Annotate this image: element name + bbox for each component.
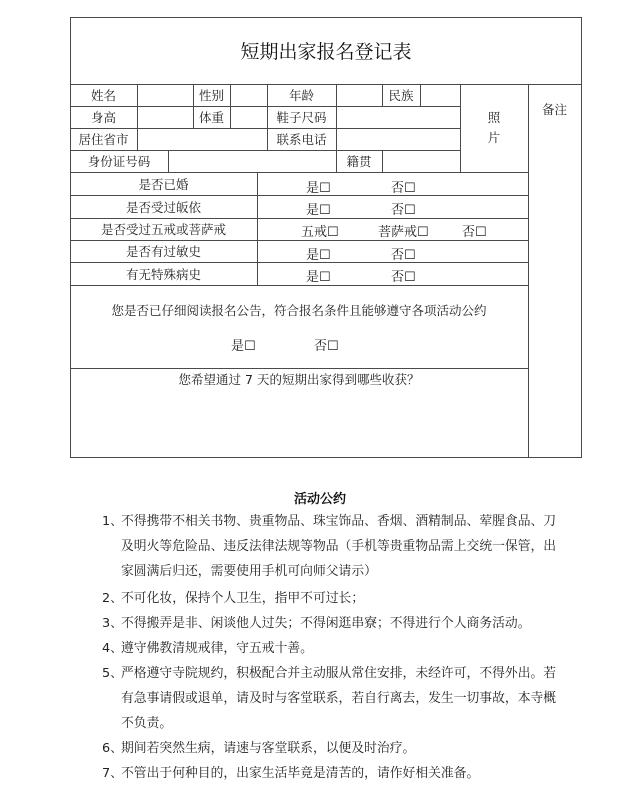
option-medical-no[interactable]: 否☐	[391, 266, 416, 285]
label-city: 居住省市	[70, 128, 137, 150]
option-medical-yes[interactable]: 是☐	[306, 266, 331, 285]
label-name: 姓名	[70, 84, 137, 106]
form-title: 短期出家报名登记表	[70, 17, 582, 84]
ethnicity-field[interactable]	[420, 84, 460, 106]
option-married-yes[interactable]: 是☐	[306, 177, 331, 196]
rule-item-5: 5、严格遵守寺院规约，积极配合并主动服从常住安排，未经许可，不得外出。若 有急事…	[102, 661, 556, 736]
option-bodhisattva-precepts[interactable]: 菩萨戒☐	[378, 221, 429, 240]
weight-field[interactable]	[230, 106, 267, 128]
hometown-field[interactable]	[382, 150, 460, 172]
label-remarks: 备注	[528, 100, 581, 118]
divider	[70, 285, 528, 286]
height-field[interactable]	[137, 106, 193, 128]
option-allergy-yes[interactable]: 是☐	[306, 244, 331, 263]
age-field[interactable]	[336, 84, 382, 106]
option-precepts-no[interactable]: 否☐	[462, 221, 487, 240]
option-refuge-yes[interactable]: 是☐	[306, 199, 331, 218]
label-id-number: 身份证号码	[70, 150, 168, 172]
label-shoe-size: 鞋子尺码	[267, 106, 336, 128]
city-field[interactable]	[137, 128, 267, 150]
label-height: 身高	[70, 106, 137, 128]
label-gender: 性别	[193, 84, 230, 106]
expectation-question: 您希望通过 7 天的短期出家得到哪些收获？	[70, 370, 528, 388]
question-married: 是否已婚	[70, 172, 257, 195]
option-refuge-no[interactable]: 否☐	[391, 199, 416, 218]
phone-field[interactable]	[336, 128, 460, 150]
rule-item-7: 7、不管出于何种目的，出家生活毕竟是清苦的，请作好相关准备。	[102, 761, 479, 786]
option-allergy-no[interactable]: 否☐	[391, 244, 416, 263]
rule-item-6: 6、期间若突然生病，请速与客堂联系，以便及时治疗。	[102, 736, 415, 761]
gender-field[interactable]	[230, 84, 267, 106]
label-ethnicity: 民族	[382, 84, 420, 106]
label-age: 年龄	[267, 84, 336, 106]
rule-item-1: 1、不得携带不相关书物、贵重物品、珠宝饰品、香烟、酒精制品、荤腥食品、刀 及明火…	[102, 509, 556, 584]
border-bottom	[70, 457, 582, 458]
label-weight: 体重	[193, 106, 230, 128]
option-agreement-no[interactable]: 否☐	[314, 335, 339, 354]
rules-title: 活动公约	[0, 488, 640, 507]
label-phone: 联系电话	[267, 128, 336, 150]
label-hometown: 籍贯	[336, 150, 382, 172]
option-married-no[interactable]: 否☐	[391, 177, 416, 196]
option-agreement-yes[interactable]: 是☐	[231, 335, 256, 354]
question-precepts: 是否受过五戒或菩萨戒	[70, 218, 257, 240]
question-allergy: 是否有过敏史	[70, 240, 257, 262]
divider	[528, 84, 529, 458]
question-refuge: 是否受过皈依	[70, 195, 257, 218]
expectation-answer-area[interactable]	[72, 390, 526, 456]
divider	[257, 172, 258, 285]
photo-label-1: 照	[488, 108, 501, 128]
question-medical-history: 有无特殊病史	[70, 262, 257, 285]
name-field[interactable]	[137, 84, 193, 106]
option-five-precepts[interactable]: 五戒☐	[301, 221, 339, 240]
rule-item-4: 4、遵守佛教清规戒律，守五戒十善。	[102, 636, 313, 661]
agreement-question: 您是否已仔细阅读报名公告，符合报名条件且能够遵守各项活动公约	[70, 300, 528, 320]
photo-label-2: 片	[488, 128, 501, 148]
id-number-field[interactable]	[168, 150, 336, 172]
rule-item-2: 2、不可化妆，保持个人卫生，指甲不可过长；	[102, 586, 364, 611]
rule-item-3: 3、不得搬弄是非、闲谈他人过失；不得闲逛串寮；不得进行个人商务活动。	[102, 611, 531, 636]
divider	[70, 368, 528, 369]
shoe-size-field[interactable]	[336, 106, 460, 128]
photo-box[interactable]: 照 片	[460, 84, 528, 172]
